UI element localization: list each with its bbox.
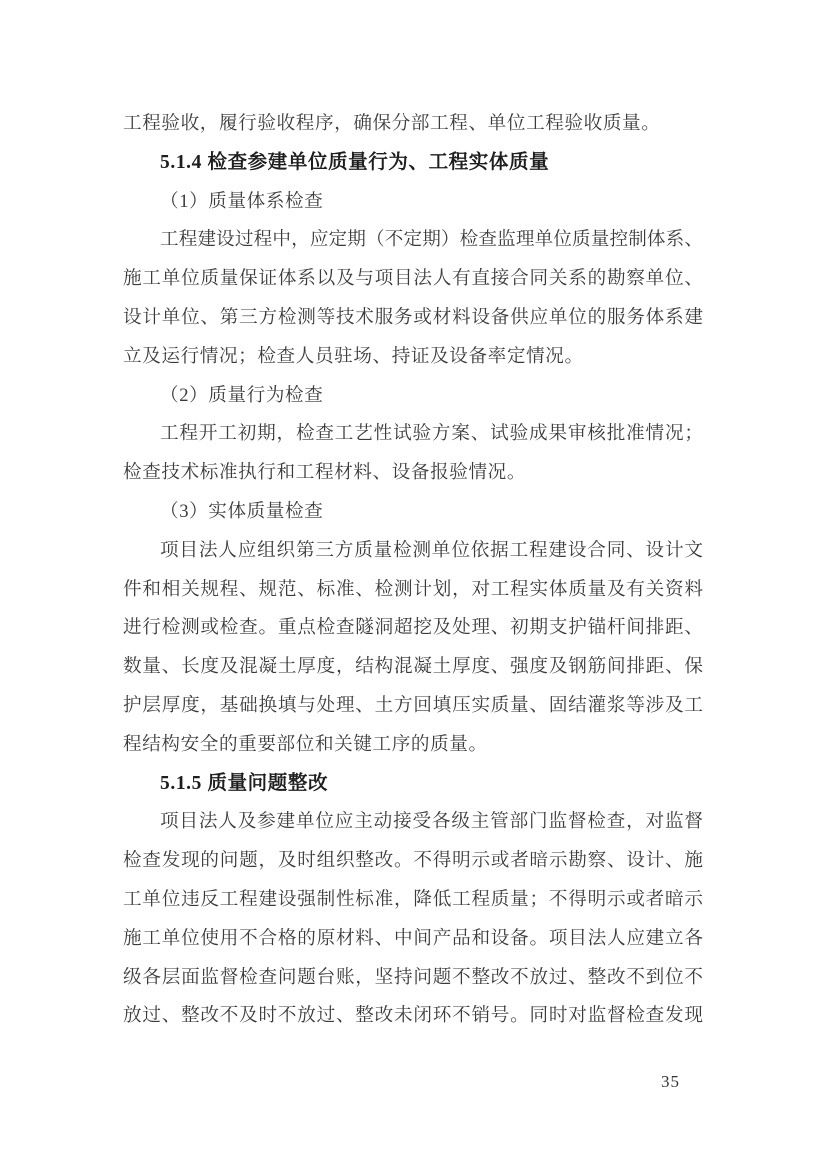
text-line: 数量、长度及混凝土厚度，结构混凝土厚度、强度及钢筋间排距、保 bbox=[123, 648, 703, 687]
text-line: 检查发现的问题，及时组织整改。不得明示或者暗示勘察、设计、施 bbox=[123, 842, 703, 881]
page-number: 35 bbox=[661, 1071, 680, 1093]
text-line: 件和相关规程、规范、标准、检测计划，对工程实体质量及有关资料 bbox=[123, 571, 703, 610]
text-line: 工单位违反工程建设强制性标准，降低工程质量；不得明示或者暗示 bbox=[123, 881, 703, 920]
text-line: 程结构安全的重要部位和关键工序的质量。 bbox=[123, 726, 703, 765]
section-heading-5-1-5: 5.1.5 质量问题整改 bbox=[123, 765, 703, 804]
list-item-2-label: （2）质量行为检查 bbox=[123, 377, 703, 416]
text-line: 工程开工初期，检查工艺性试验方案、试验成果审核批准情况； bbox=[123, 415, 703, 454]
list-item-3-label: （3）实体质量检查 bbox=[123, 493, 703, 532]
text-line: 工程建设过程中，应定期（不定期）检查监理单位质量控制体系、 bbox=[123, 221, 703, 260]
text-line: 级各层面监督检查问题台账，坚持问题不整改不放过、整改不到位不 bbox=[123, 959, 703, 998]
text-line: 项目法人应组织第三方质量检测单位依据工程建设合同、设计文 bbox=[123, 532, 703, 571]
list-item-1-label: （1）质量体系检查 bbox=[123, 183, 703, 222]
section-heading-5-1-4: 5.1.4 检查参建单位质量行为、工程实体质量 bbox=[123, 144, 703, 183]
text-line: 检查技术标准执行和工程材料、设备报验情况。 bbox=[123, 454, 703, 493]
text-line: 项目法人及参建单位应主动接受各级主管部门监督检查，对监督 bbox=[123, 803, 703, 842]
text-block: 工程验收，履行验收程序，确保分部工程、单位工程验收质量。 5.1.4 检查参建单… bbox=[123, 105, 703, 1036]
text-line: 设计单位、第三方检测等技术服务或材料设备供应单位的服务体系建 bbox=[123, 299, 703, 338]
text-line: 进行检测或检查。重点检查隧洞超挖及处理、初期支护锚杆间排距、 bbox=[123, 609, 703, 648]
text-line: 施工单位使用不合格的原材料、中间产品和设备。项目法人应建立各 bbox=[123, 920, 703, 959]
document-page: 工程验收，履行验收程序，确保分部工程、单位工程验收质量。 5.1.4 检查参建单… bbox=[0, 0, 826, 1169]
text-line: 放过、整改不及时不放过、整改未闭环不销号。同时对监督检查发现 bbox=[123, 997, 703, 1036]
text-line: 工程验收，履行验收程序，确保分部工程、单位工程验收质量。 bbox=[123, 105, 703, 144]
text-line: 护层厚度，基础换填与处理、土方回填压实质量、固结灌浆等涉及工 bbox=[123, 687, 703, 726]
text-line: 立及运行情况；检查人员驻场、持证及设备率定情况。 bbox=[123, 338, 703, 377]
text-line: 施工单位质量保证体系以及与项目法人有直接合同关系的勘察单位、 bbox=[123, 260, 703, 299]
